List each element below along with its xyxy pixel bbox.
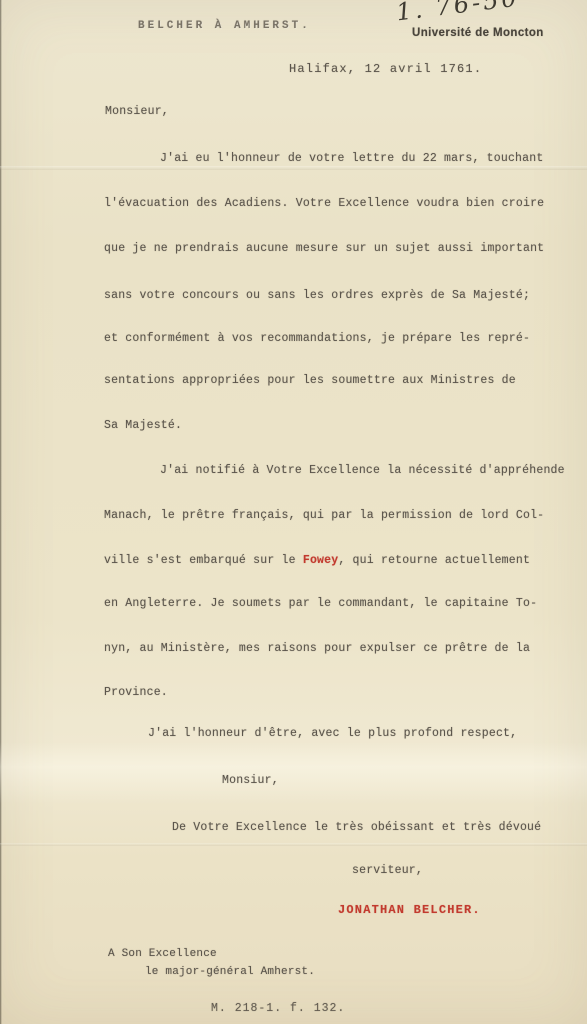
body-line: que je ne prendrais aucune mesure sur un…	[104, 242, 544, 255]
body-line: en Angleterre. Je soumets par le command…	[104, 597, 537, 610]
paper-fold-line	[0, 166, 587, 170]
body-line: Province.	[104, 686, 168, 699]
body-line: nyn, au Ministère, mes raisons pour expu…	[104, 642, 530, 655]
closing-line: J'ai l'honneur d'être, avec le plus prof…	[148, 727, 517, 740]
body-line: ville s'est embarqué sur le Fowey, qui r…	[104, 554, 530, 567]
scan-left-edge	[0, 0, 2, 1024]
body-line: J'ai notifié à Votre Excellence la néces…	[160, 464, 565, 477]
addressee-line: A Son Excellence	[108, 948, 217, 960]
body-line: Manach, le prêtre français, qui par la p…	[104, 509, 544, 522]
closing-line: Monsiur,	[222, 774, 279, 787]
paper-light-band	[0, 742, 587, 804]
salutation: Monsieur,	[105, 105, 169, 118]
dateline: Halifax, 12 avril 1761.	[289, 62, 482, 76]
body-line-segment: , qui retourne actuellement	[338, 554, 530, 567]
closing-line: serviteur,	[352, 864, 423, 877]
handwritten-archive-note: 1. 76-50	[395, 0, 521, 26]
ship-name: Fowey	[303, 554, 339, 567]
signature: JONATHAN BELCHER.	[338, 903, 481, 917]
body-line: J'ai eu l'honneur de votre lettre du 22 …	[160, 152, 543, 165]
body-line: sans votre concours ou sans les ordres e…	[104, 289, 530, 302]
university-stamp: Université de Moncton	[412, 27, 544, 39]
body-line: l'évacuation des Acadiens. Votre Excelle…	[104, 197, 544, 210]
body-line: et conformément à vos recommandations, j…	[104, 332, 530, 345]
body-line: Sa Majesté.	[104, 419, 182, 432]
letter-scan-page: BELCHER À AMHERST. 1. 76-50 Université d…	[0, 0, 587, 1024]
closing-line: De Votre Excellence le très obéissant et…	[172, 821, 541, 834]
archive-reference: M. 218-1. f. 132.	[211, 1002, 345, 1015]
addressee-line: le major-général Amherst.	[145, 966, 315, 978]
paper-fold-line	[0, 843, 587, 846]
body-line: sentations appropriées pour les soumettr…	[104, 374, 516, 387]
letter-title: BELCHER À AMHERST.	[138, 20, 311, 32]
body-line-segment: ville s'est embarqué sur le	[104, 554, 303, 567]
